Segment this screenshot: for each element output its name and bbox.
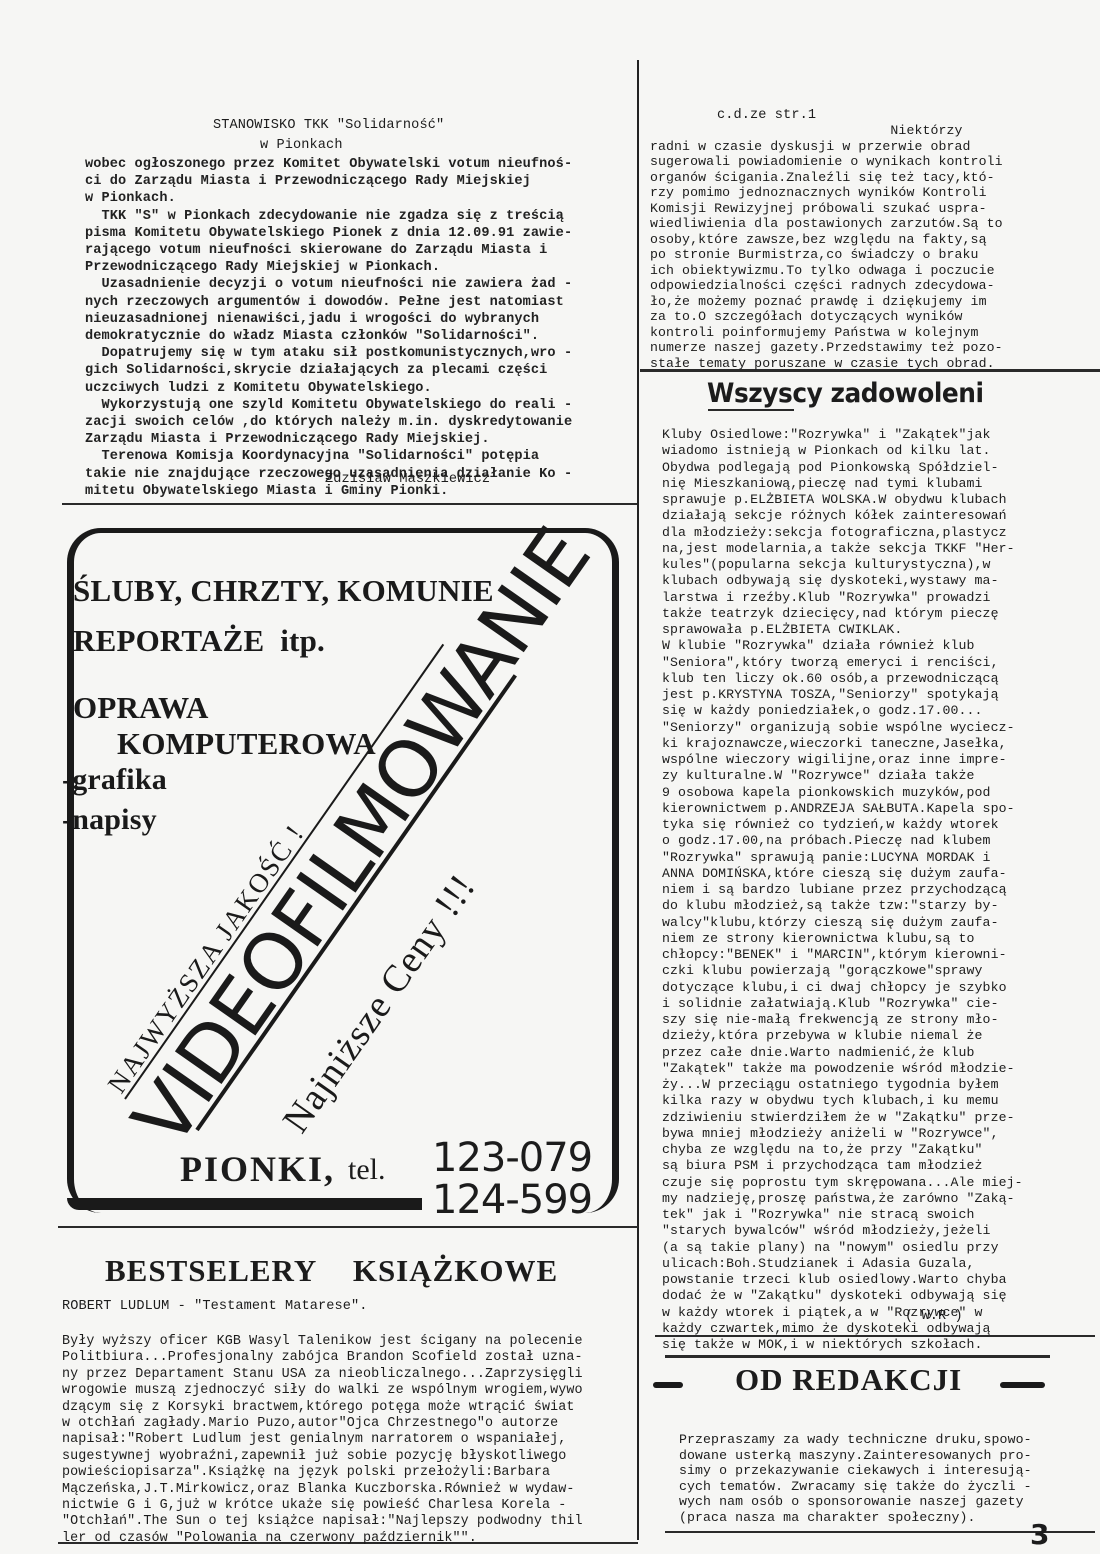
od-redakcji-left-dash: [653, 1382, 683, 1388]
wszyscy-title-underline: [708, 409, 794, 411]
bestsellers-book-title: ROBERT LUDLUM - "Testament Matarese".: [62, 1298, 368, 1315]
advert-phone-2: 124-599: [432, 1177, 592, 1223]
advert-city: PIONKI,: [180, 1148, 335, 1190]
od-redakcji-title: OD REDAKCJI: [735, 1362, 962, 1398]
wszyscy-signature: ( W.R ): [905, 1308, 963, 1325]
advert-grafika-line: -grafika: [62, 763, 167, 797]
advert-frame-bottom: [67, 1198, 422, 1210]
wszyscy-title: Wszyscy zadowoleni: [707, 378, 984, 409]
continuation-reference: c.d.ze str.1: [717, 107, 816, 124]
advert-reportaze-line: REPORTAŻE itp.: [73, 623, 325, 659]
stanowisko-title: STANOWISKO TKK "Solidarność": [213, 117, 513, 134]
od-redakcji-right-dash: [1000, 1382, 1045, 1388]
column-divider: [637, 60, 639, 1540]
stanowisko-signature: Zdzisław Maszkiewicz: [325, 471, 490, 488]
advert-tel-label: tel.: [348, 1153, 386, 1187]
bestsellers-body: Były wyższy oficer KGB Wasyl Talenikow j…: [62, 1334, 583, 1547]
wszyscy-body: Kluby Osiedlowe:"Rozrywka" i "Zakątek"ja…: [662, 427, 1023, 1353]
continuation-body: Niektórzy radni w czasie dyskusji w prze…: [650, 123, 1003, 371]
advert-phone-1: 123-079: [432, 1135, 592, 1181]
advert-services-line: ŚLUBY, CHRZTY, KOMUNIE: [73, 573, 494, 609]
od-redakcji-body: Przepraszamy za wady techniczne druku,sp…: [679, 1432, 1032, 1525]
bestsellers-title: BESTSELERY KSIĄŻKOWE: [105, 1253, 558, 1289]
advert-komputerowa-line: KOMPUTEROWA: [117, 726, 376, 762]
divider-under-ad: [58, 1226, 638, 1228]
stanowisko-subtitle: w Pionkach: [260, 137, 343, 154]
divider-under-stanowisko: [62, 503, 637, 505]
advert-oprawa-line: OPRAWA: [73, 690, 209, 726]
newspaper-page: STANOWISKO TKK "Solidarność" w Pionkach …: [0, 0, 1100, 1554]
divider-above-od-redakcji: [665, 1355, 1050, 1358]
page-number: 3: [1030, 1518, 1049, 1551]
advert-napisy-line: -napisy: [62, 803, 157, 837]
stanowisko-body: wobec ogłoszonego przez Komitet Obywatel…: [85, 156, 572, 500]
